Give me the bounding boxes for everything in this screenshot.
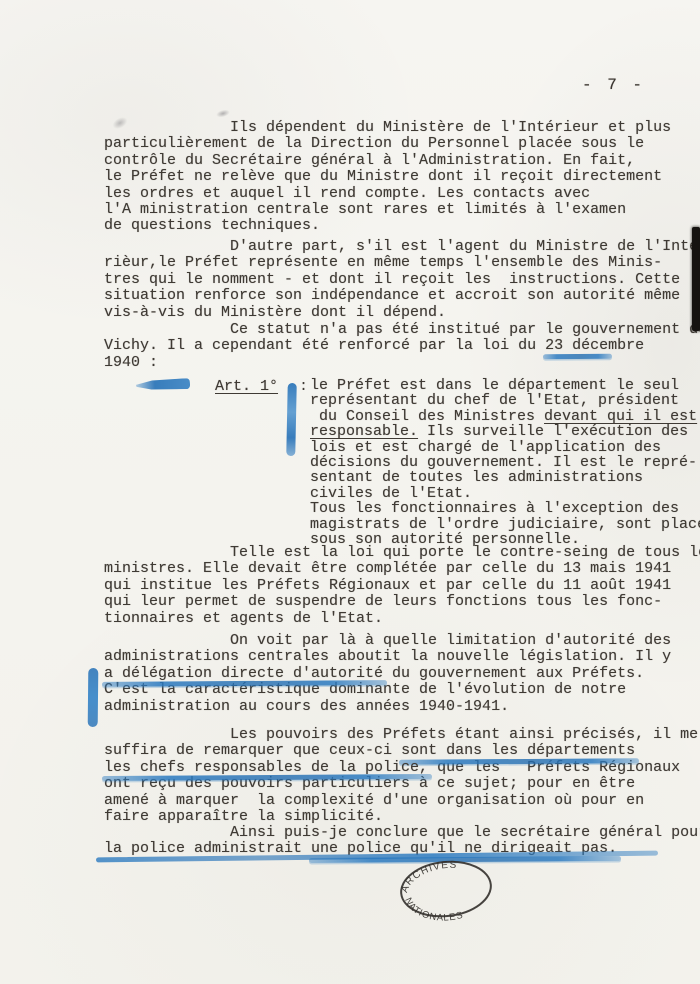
text-line: particulièrement de la Direction du Pers… bbox=[104, 136, 700, 152]
text-line: responsable. Ils surveille l'exécution d… bbox=[310, 424, 700, 439]
text-line: Tous les fonctionnaires à l'exception de… bbox=[310, 501, 700, 516]
stamp-text-top: ARCHIVES bbox=[397, 859, 461, 895]
text-line: Ce statut n'a pas été institué par le go… bbox=[104, 322, 700, 338]
text-line: On voit par là à quelle limitation d'aut… bbox=[104, 633, 700, 649]
text-line: sentant de toutes les administrations bbox=[310, 470, 700, 485]
text-line: représentant du chef de l'Etat, présiden… bbox=[310, 393, 700, 408]
text-line: a délégation directe d'autorité du gouve… bbox=[104, 666, 700, 682]
article-separator: : bbox=[299, 378, 308, 395]
paragraph-1: Ils dépendent du Ministère de l'Intérieu… bbox=[104, 120, 700, 235]
paragraph-6: Les pouvoirs des Préfets étant ainsi pré… bbox=[104, 727, 700, 825]
text-line: Ainsi puis-je conclure que le secrétaire… bbox=[104, 825, 700, 841]
paragraph-4: Telle est la loi qui porte le contre-sei… bbox=[104, 545, 700, 627]
archives-nationales-stamp: ARCHIVES NATIONALES bbox=[393, 852, 499, 926]
blue-crayon-vertical-stroke bbox=[286, 383, 297, 456]
paragraph-5: On voit par là à quelle limitation d'aut… bbox=[104, 633, 700, 715]
text-line: magistrats de l'ordre judiciaire, sont p… bbox=[310, 517, 700, 532]
text-line: D'autre part, s'il est l'agent du Minist… bbox=[104, 239, 700, 255]
text-line: Ils dépendent du Ministère de l'Intérieu… bbox=[104, 120, 700, 136]
text-line: tionnaires et agents de l'Etat. bbox=[104, 611, 700, 627]
blue-underlined-text: sont dans les départements bbox=[401, 742, 635, 759]
text-line: rièur,le Préfet représente en même temps… bbox=[104, 255, 700, 271]
blue-crayon-dash-mark bbox=[136, 378, 190, 391]
text-line: contrôle du Secrétaire général à l'Admin… bbox=[104, 153, 700, 169]
text-segment: Vichy. Il a cependant été renforcé par l… bbox=[104, 337, 545, 354]
text-segment: du gouvernement aux Préfets. bbox=[383, 665, 644, 682]
text-line: vis-à-vis du Ministère dont il dépend. bbox=[104, 305, 700, 321]
text-segment: Ils surveille l'exécution des bbox=[418, 423, 688, 440]
scanned-document-page: - 7 - Ils dépendent du Ministère de l'In… bbox=[0, 0, 700, 984]
text-line: de questions techniques. bbox=[104, 218, 700, 234]
article-text-block: le Préfet est dans le département le seu… bbox=[310, 378, 700, 547]
text-line: les ordres et auquel il rend compte. Les… bbox=[104, 186, 700, 202]
blue-underlined-text: 23 déce bbox=[545, 337, 608, 354]
article-label: Art. 1° bbox=[215, 378, 278, 395]
text-line: tres qui le nomment - et dont il reçoit … bbox=[104, 272, 700, 288]
scan-edge-artifact bbox=[692, 227, 700, 331]
text-line: du Conseil des Ministres devant qui il e… bbox=[310, 409, 700, 424]
text-line: civiles de l'Etat. bbox=[310, 486, 700, 501]
paragraph-2: D'autre part, s'il est l'agent du Minist… bbox=[104, 239, 700, 321]
text-line: ministres. Elle devait être complétée pa… bbox=[104, 561, 700, 577]
text-line: Les pouvoirs des Préfets étant ainsi pré… bbox=[104, 727, 700, 743]
text-line: le Préfet ne relève que du Ministre dont… bbox=[104, 169, 700, 185]
stamp-text-bottom: NATIONALES bbox=[402, 891, 465, 926]
paragraph-3: Ce statut n'a pas été institué par le go… bbox=[104, 322, 700, 371]
text-line: qui institue les Préfets Régionaux et pa… bbox=[104, 578, 700, 594]
text-line: administrations centrales aboutit la nou… bbox=[104, 649, 700, 665]
svg-text:ARCHIVES: ARCHIVES bbox=[397, 859, 461, 895]
text-line: qui leur permet de suspendre de leurs fo… bbox=[104, 594, 700, 610]
text-line: amené à marquer la complexité d'une orga… bbox=[104, 793, 700, 809]
underlined-text: responsable. bbox=[310, 423, 418, 440]
text-line: décisions du gouvernement. Il est le rep… bbox=[310, 455, 700, 470]
text-line: le Préfet est dans le département le seu… bbox=[310, 378, 700, 393]
svg-text:NATIONALES: NATIONALES bbox=[402, 891, 465, 926]
text-line: Vichy. Il a cependant été renforcé par l… bbox=[104, 338, 700, 354]
text-line: Telle est la loi qui porte le contre-sei… bbox=[104, 545, 700, 561]
blue-underlined-text: a délégation directe d'autorité bbox=[104, 665, 383, 682]
text-line: suffira de remarquer que ceux-ci sont da… bbox=[104, 743, 700, 759]
blue-underlined-text: les chefs responsables de la police, bbox=[104, 759, 428, 776]
blue-crayon-margin-bar bbox=[88, 668, 99, 727]
text-line: l'A ministration centrale sont rares et … bbox=[104, 202, 700, 218]
page-number: - 7 - bbox=[582, 76, 645, 94]
text-segment: suffira de remarquer que ceux-ci bbox=[104, 742, 401, 759]
text-line: faire apparaître la simplicité. bbox=[104, 809, 700, 825]
text-line: administration au cours des années 1940-… bbox=[104, 699, 700, 715]
text-line: situation renforce son indépendance et a… bbox=[104, 288, 700, 304]
text-line: lois et est chargé de l'application des bbox=[310, 440, 700, 455]
pencil-smudge bbox=[215, 108, 230, 118]
text-segment: mbre bbox=[608, 337, 644, 354]
